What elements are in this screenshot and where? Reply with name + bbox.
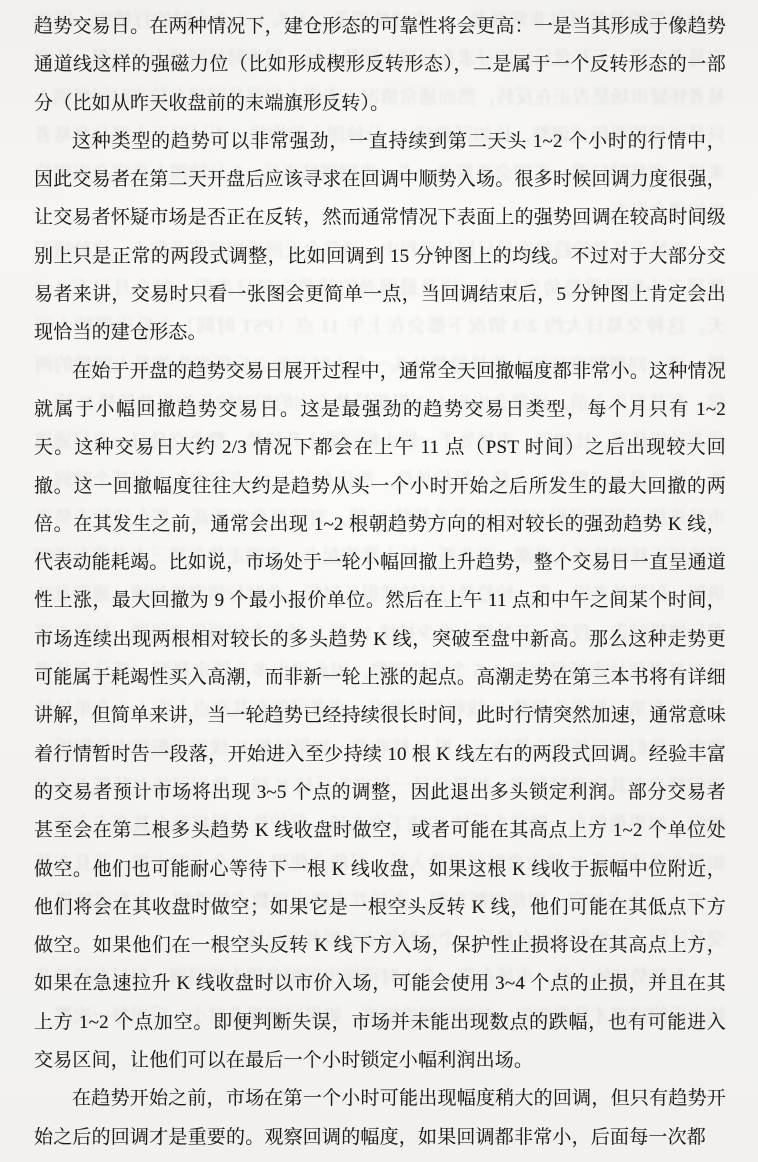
book-page: 这种类型的趋势可以非常强劲，一直持续到第二天头 1~2 个小时的行情中，因此交易… <box>0 0 758 1162</box>
paragraph: 这种类型的趋势可以非常强劲，一直持续到第二天头 1~2 个小时的行情中，因此交易… <box>34 123 726 353</box>
paragraph: 在始于开盘的趋势交易日展开过程中，通常全天回撤幅度都非常小。这种情况就属于小幅回… <box>34 353 726 1081</box>
page-text-block: 趋势交易日。在两种情况下，建仓形态的可靠性将会更高：一是当其形成于像趋势通道线这… <box>34 8 726 1157</box>
paragraph-continuation: 趋势交易日。在两种情况下，建仓形态的可靠性将会更高：一是当其形成于像趋势通道线这… <box>34 8 726 123</box>
paragraph: 在趋势开始之前，市场在第一个小时可能出现幅度稍大的回调，但只有趋势开始之后的回调… <box>34 1080 726 1157</box>
